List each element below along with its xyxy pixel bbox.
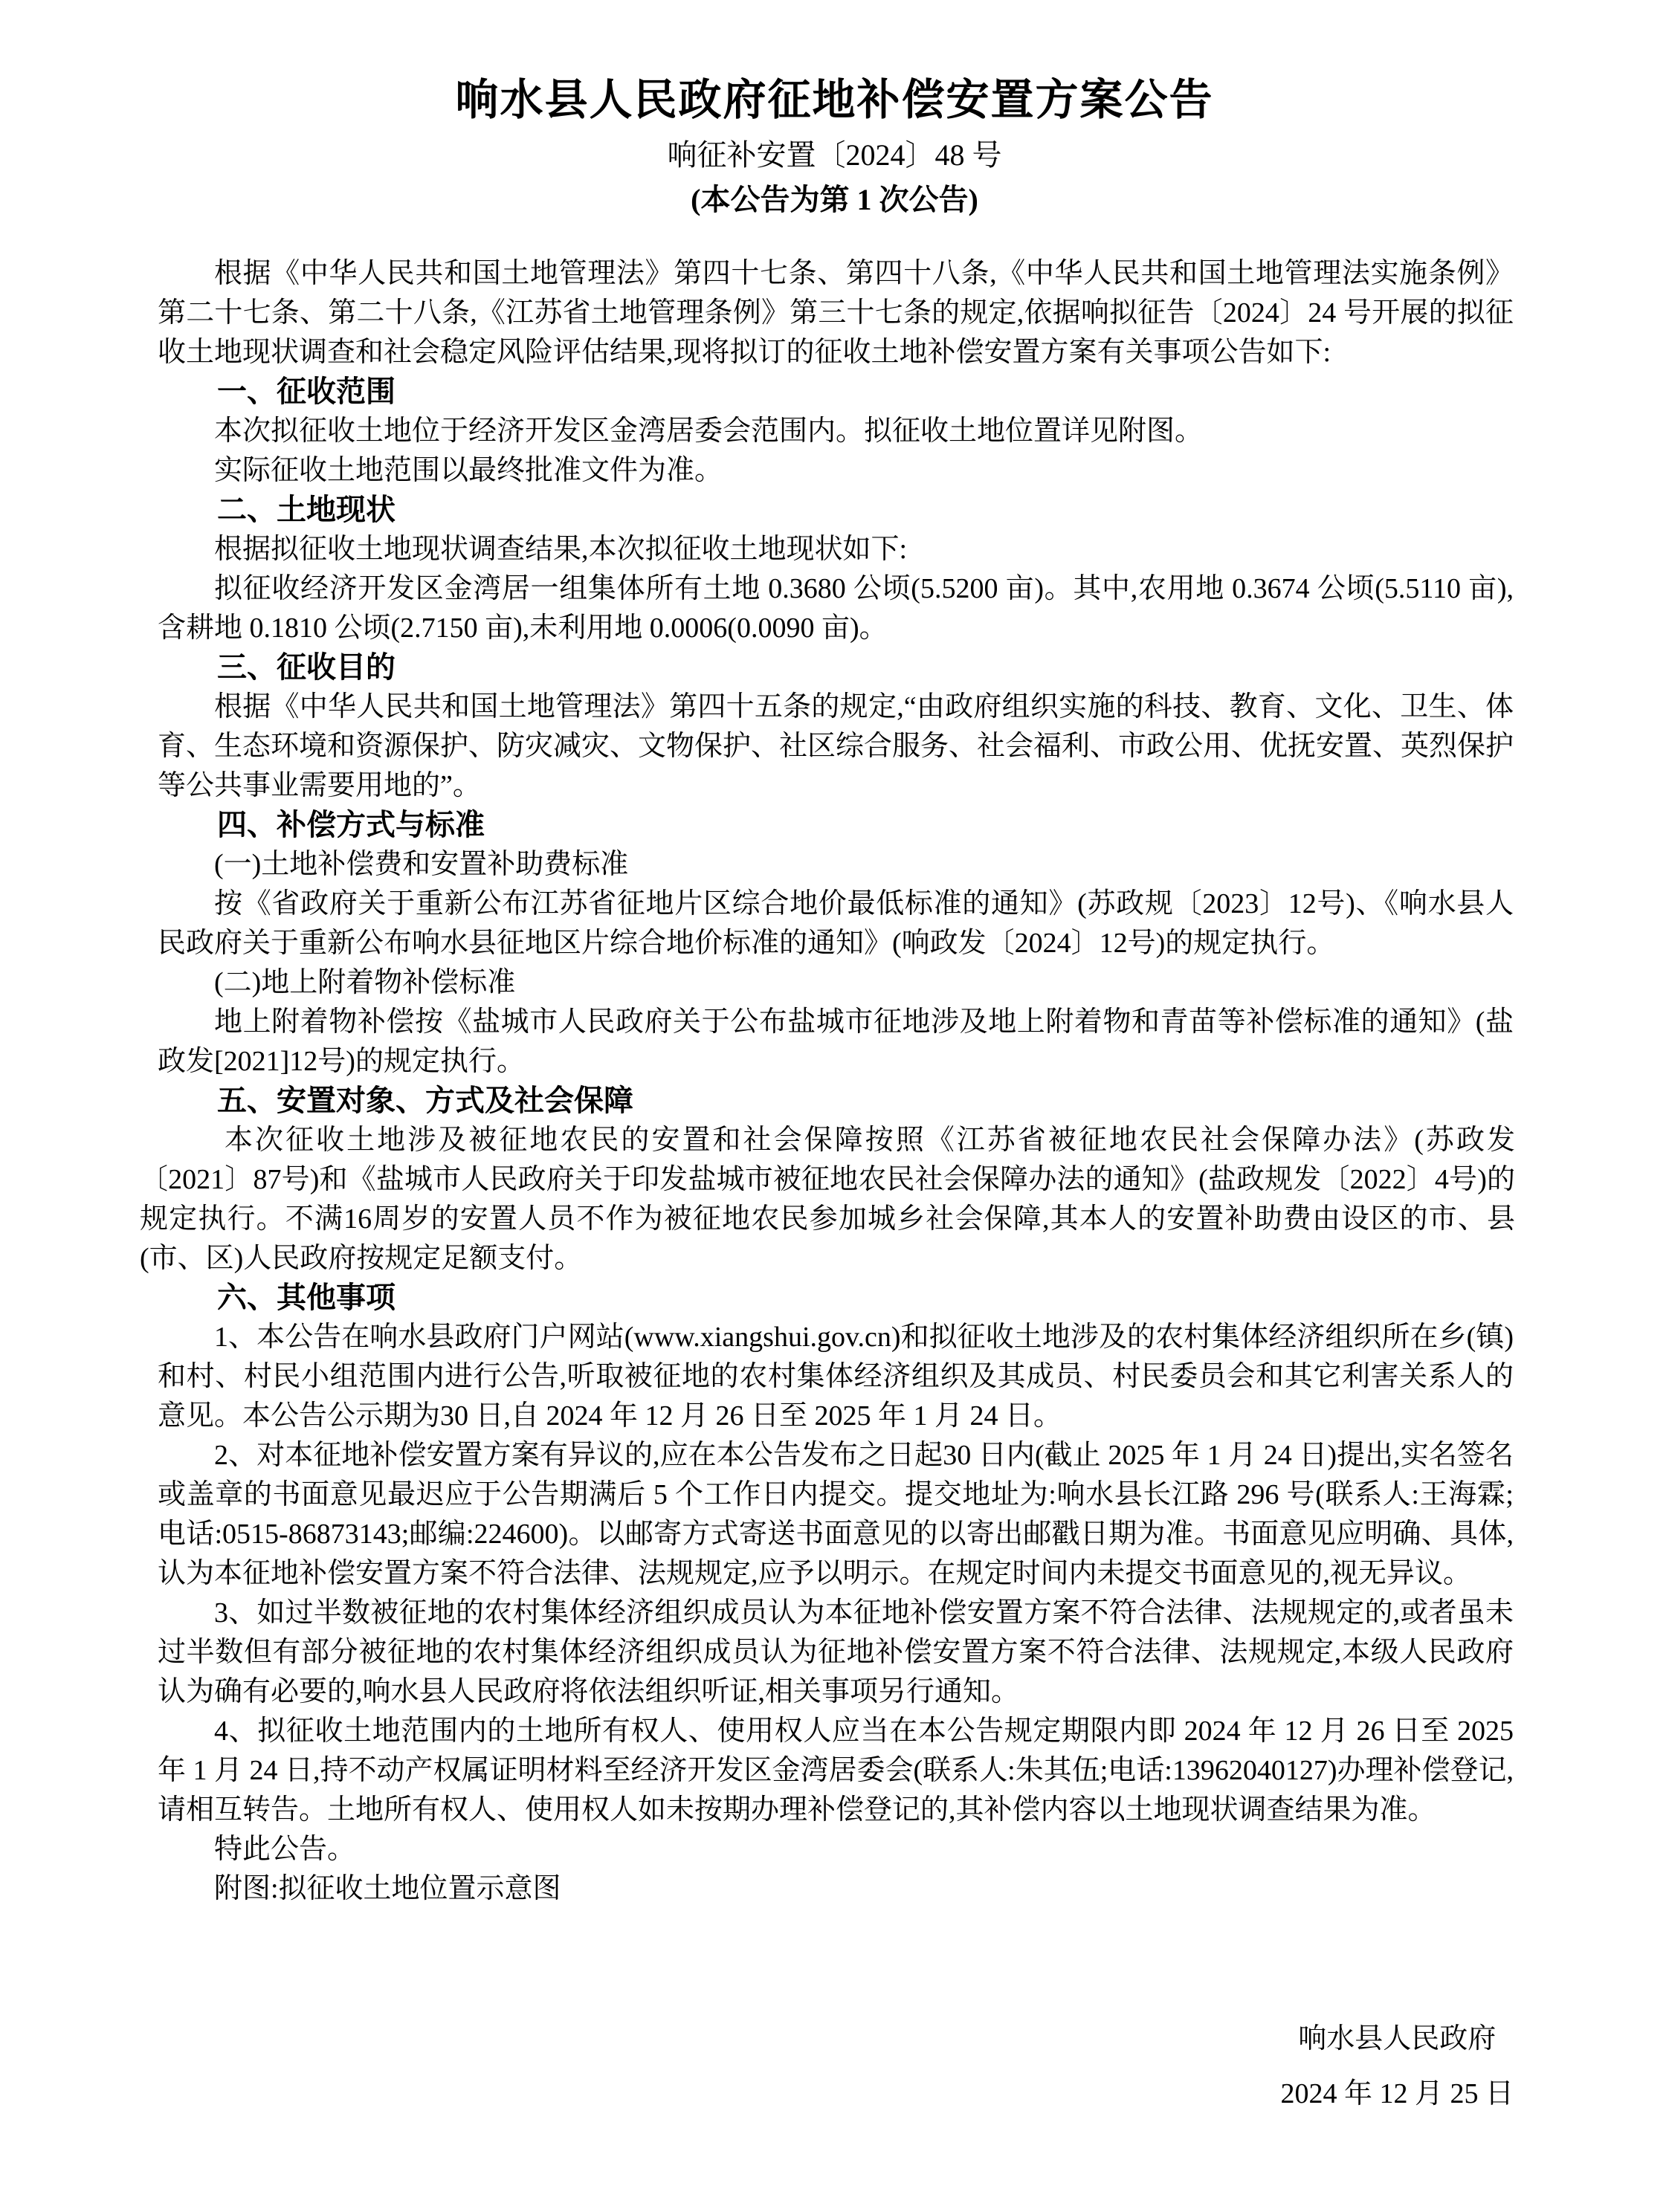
section-4-paragraph: 地上附着物补偿按《盐城市人民政府关于公布盐城市征地涉及地上附着物和青苗等补偿标准… [158, 1003, 1514, 1081]
announcement-page: 响水县人民政府征地补偿安置方案公告 响征补安置〔2024〕48 号 (本公告为第… [0, 0, 1669, 2212]
document-body: 根据《中华人民共和国土地管理法》第四十七条、第四十八条,《中华人民共和国土地管理… [158, 254, 1514, 2121]
document-title: 响水县人民政府征地补偿安置方案公告 [0, 0, 1669, 128]
section-6-item-4: 4、拟征收土地范围内的土地所有权人、使用权人应当在本公告规定期限内即 2024 … [158, 1712, 1514, 1830]
section-4-heading: 四、补偿方式与标准 [158, 806, 1514, 845]
signature-block: 响水县人民政府 2024 年 12 月 25 日 [158, 2011, 1514, 2121]
section-1-paragraph: 实际征收土地范围以最终批准文件为准。 [158, 451, 1514, 491]
document-header: 响水县人民政府征地补偿安置方案公告 响征补安置〔2024〕48 号 (本公告为第… [0, 0, 1669, 220]
section-5-paragraph: 本次征收土地涉及被征地农民的安置和社会保障按照《江苏省被征地农民社会保障办法》(… [140, 1121, 1515, 1278]
section-3-heading: 三、征收目的 [158, 648, 1514, 688]
signature-inner: 响水县人民政府 2024 年 12 月 25 日 [1280, 2011, 1514, 2121]
section-6-heading: 六、其他事项 [158, 1278, 1514, 1318]
document-number: 响征补安置〔2024〕48 号 [0, 135, 1669, 175]
signature-date: 2024 年 12 月 25 日 [1280, 2066, 1514, 2121]
announcement-round: (本公告为第 1 次公告) [0, 180, 1669, 220]
attachment-note: 附图:拟征收土地位置示意图 [158, 1869, 1514, 1909]
section-6-item-1: 1、本公告在响水县政府门户网站(www.xiangshui.gov.cn)和拟征… [158, 1318, 1514, 1436]
section-1-heading: 一、征收范围 [158, 372, 1514, 412]
signature-issuer: 响水县人民政府 [1280, 2011, 1514, 2066]
intro-paragraph: 根据《中华人民共和国土地管理法》第四十七条、第四十八条,《中华人民共和国土地管理… [158, 254, 1514, 372]
section-4-subheading: (二)地上附着物补偿标准 [158, 963, 1514, 1003]
section-2-heading: 二、土地现状 [158, 491, 1514, 530]
section-2-paragraph: 拟征收经济开发区金湾居一组集体所有土地 0.3680 公顷(5.5200 亩)。… [158, 569, 1514, 648]
section-6-item-3: 3、如过半数被征地的农村集体经济组织成员认为本征地补偿安置方案不符合法律、法规规… [158, 1594, 1514, 1712]
section-4-paragraph: 按《省政府关于重新公布江苏省征地片区综合地价最低标准的通知》(苏政规〔2023〕… [158, 885, 1514, 963]
section-3-paragraph: 根据《中华人民共和国土地管理法》第四十五条的规定,“由政府组织实施的科技、教育、… [158, 688, 1514, 806]
section-2-paragraph: 根据拟征收土地现状调查结果,本次拟征收土地现状如下: [158, 530, 1514, 569]
section-5-heading: 五、安置对象、方式及社会保障 [158, 1081, 1514, 1121]
closing-statement: 特此公告。 [158, 1830, 1514, 1869]
section-6-item-2: 2、对本征地补偿安置方案有异议的,应在本公告发布之日起30 日内(截止 2025… [158, 1436, 1514, 1594]
section-1-paragraph: 本次拟征收土地位于经济开发区金湾居委会范围内。拟征收土地位置详见附图。 [158, 412, 1514, 451]
section-4-subheading: (一)土地补偿费和安置补助费标准 [158, 845, 1514, 885]
